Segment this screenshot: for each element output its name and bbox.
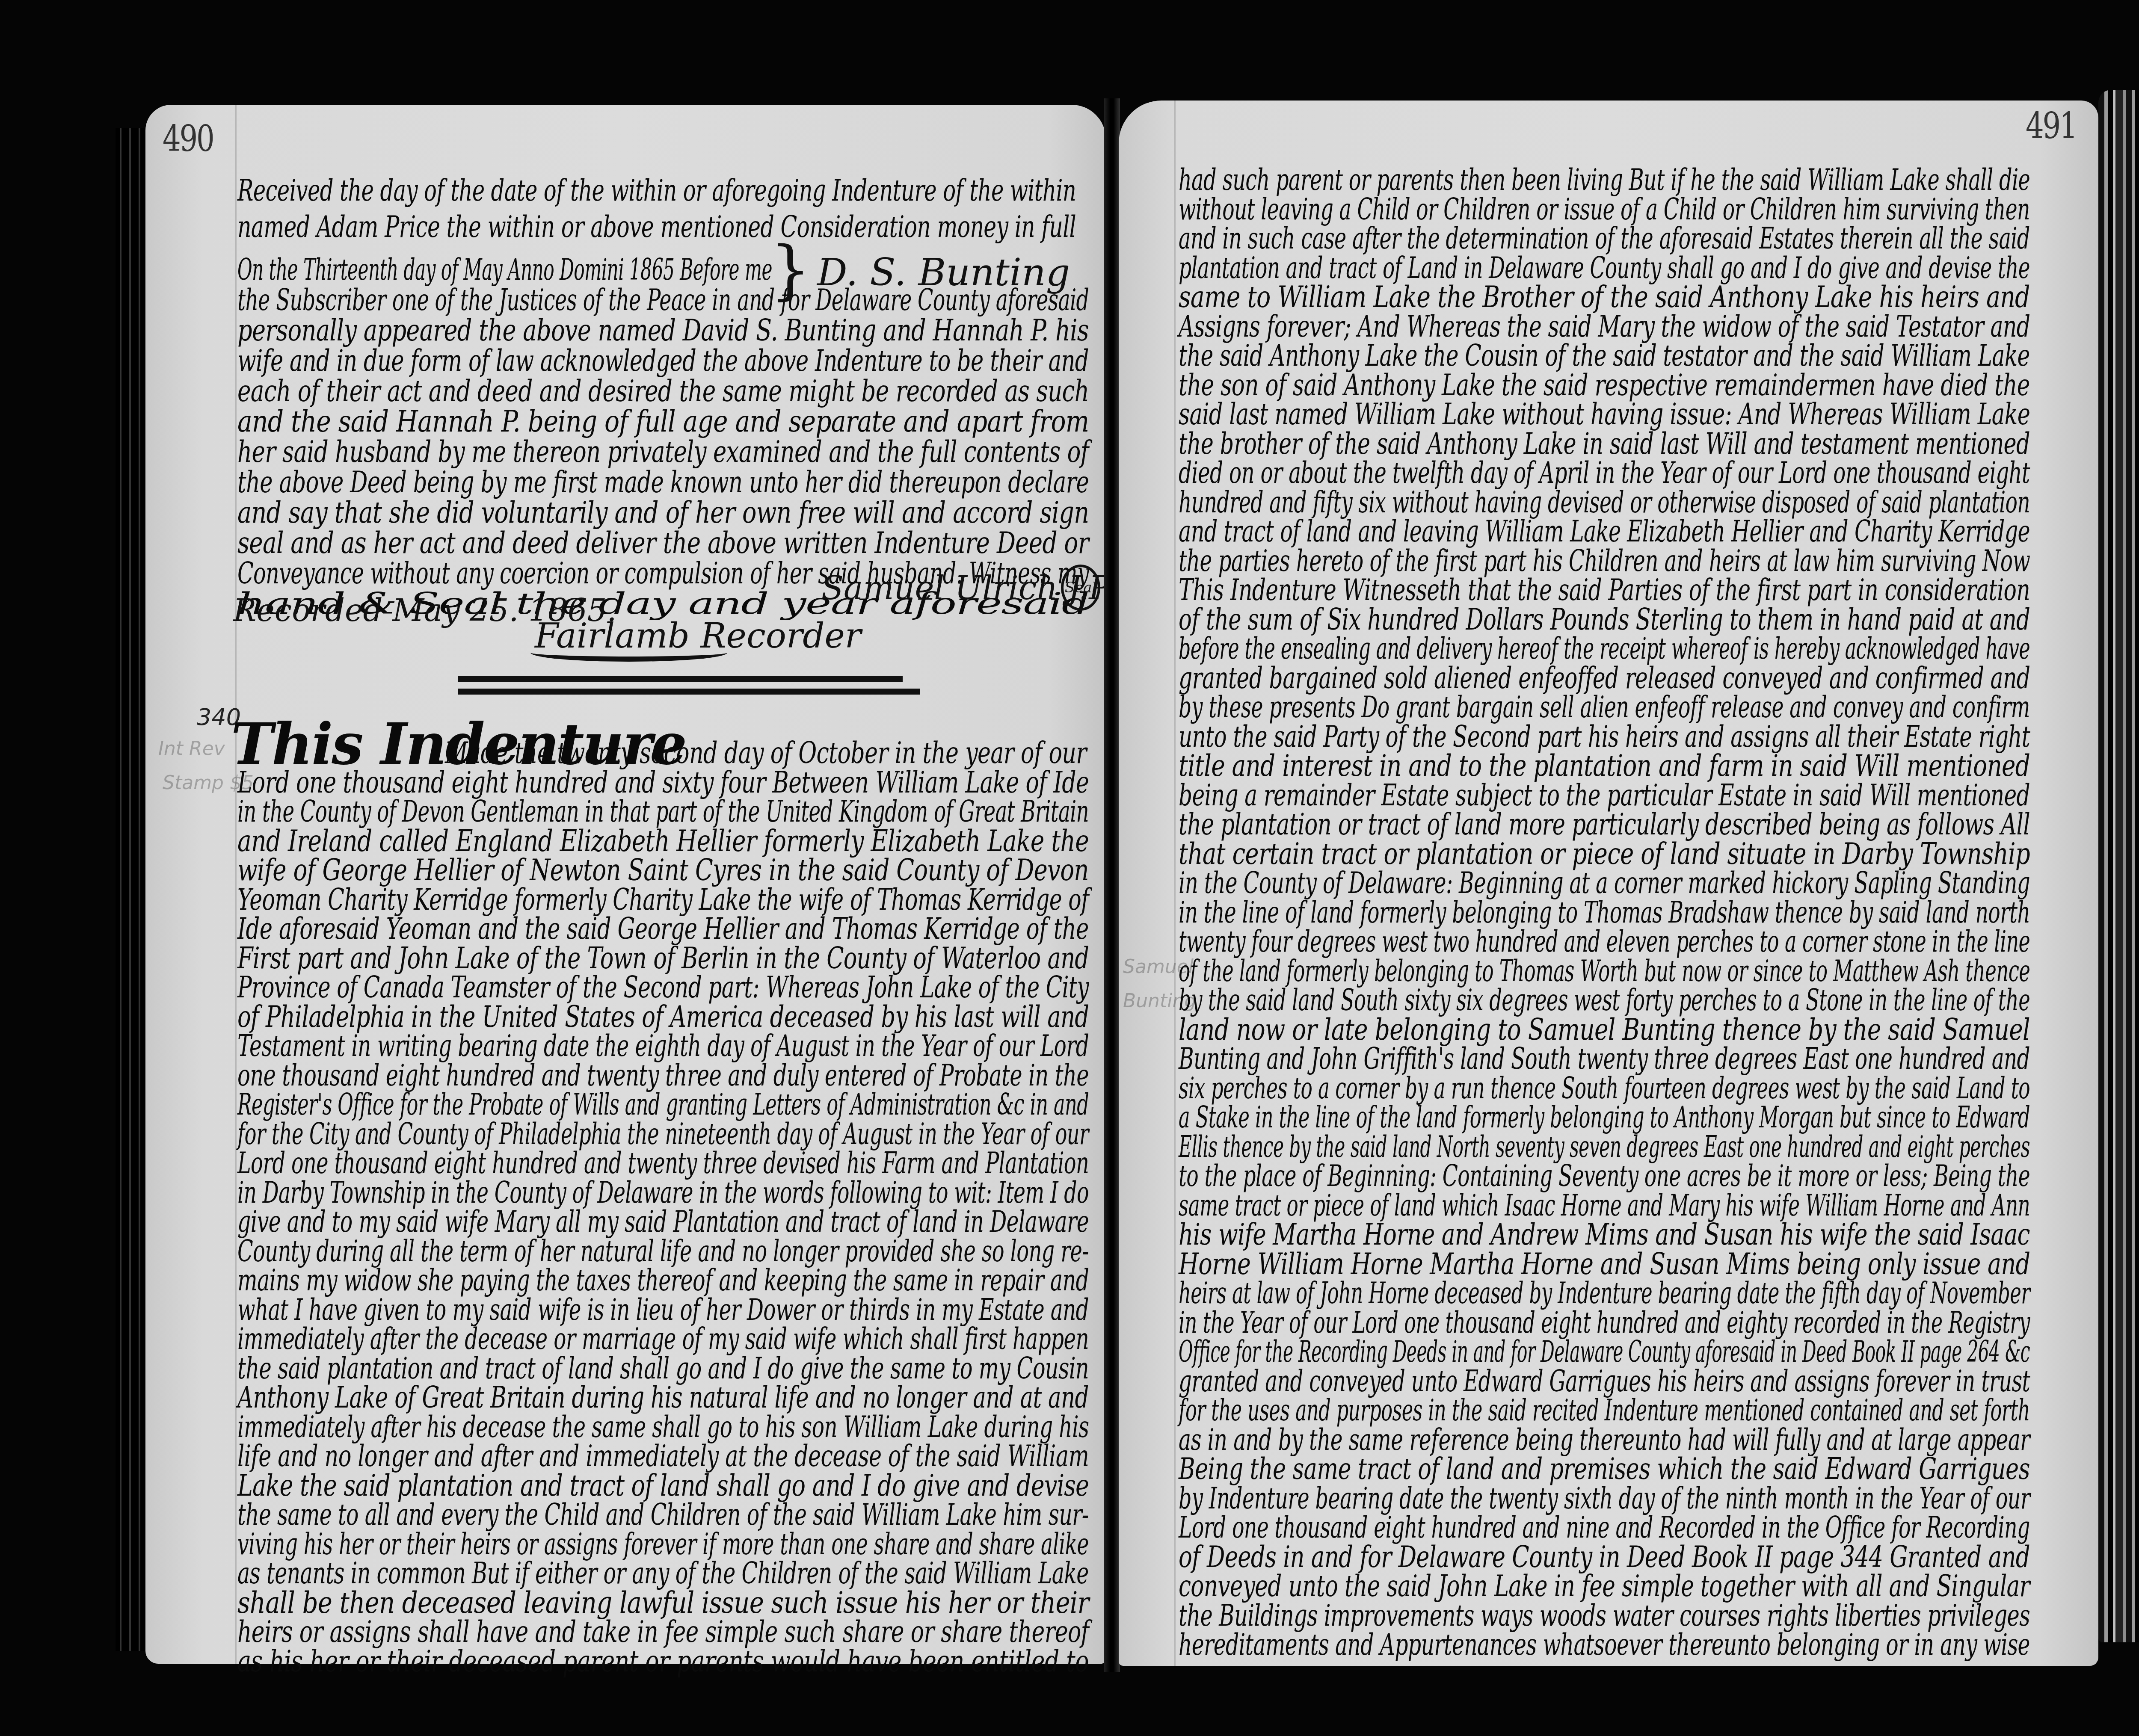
- text-line: Lord one thousand eight hundred and nine…: [1179, 1512, 2030, 1542]
- text-line: personally appeared the above named Davi…: [237, 315, 1089, 345]
- text-line: life and no longer and after and immedia…: [237, 1441, 1089, 1471]
- text-line: Office for the Recording Deeds in and fo…: [1179, 1337, 2030, 1366]
- text-line: the same to all and every the Child and …: [237, 1499, 1089, 1529]
- text-line: hundred and fifty six without having dev…: [1179, 487, 2030, 517]
- text-line: wife and in due form of law acknowledged…: [237, 346, 1089, 376]
- text-line: First part and John Lake of the Town of …: [237, 943, 1089, 973]
- text-line: that certain tract or plantation or piec…: [1179, 839, 2030, 869]
- text-line: mains my widow she paying the taxes ther…: [237, 1265, 1089, 1295]
- text-line: died on or about the twelfth day of Apri…: [1179, 458, 2030, 488]
- recorder-flourish: [530, 644, 727, 662]
- text-line: On the Thirteenth day of May Anno Domini…: [237, 254, 772, 284]
- text-line: Lord one thousand eight hundred and twen…: [237, 1148, 1089, 1178]
- text-line: as tenants in common But if either or an…: [237, 1558, 1089, 1588]
- text-line: give and to my said wife Mary all my sai…: [237, 1207, 1089, 1236]
- text-line: heirs at law of John Horne deceased by I…: [1179, 1278, 2030, 1308]
- text-line: without leaving a Child or Children or i…: [1179, 194, 2030, 224]
- text-line: of the sum of Six hundred Dollars Pounds…: [1179, 604, 2030, 634]
- text-line: Made the twenty second day of October in…: [445, 738, 1087, 768]
- right-page: 491 Samuel Bunting had such parent or pa…: [1119, 101, 2098, 1666]
- text-line: seal and as her act and deed deliver the…: [237, 528, 1089, 558]
- book-scan: 490 Received the day of the date of the …: [0, 0, 2139, 1736]
- text-line: Ellis thence by the said land North seve…: [1179, 1132, 2030, 1162]
- text-line: to the place of Beginning: Containing Se…: [1179, 1161, 2030, 1191]
- text-line: title and interest in and to the plantat…: [1179, 751, 2030, 781]
- text-line: what I have given to my said wife is in …: [237, 1295, 1089, 1325]
- left-margin-rule: [235, 105, 237, 1664]
- text-line: by the said land South sixty six degrees…: [1179, 985, 2030, 1015]
- page-number-left: 490: [163, 118, 213, 160]
- text-line: her said husband by me thereon privately…: [237, 437, 1089, 467]
- text-line: Horne William Horne Martha Horne and Sus…: [1179, 1249, 2030, 1279]
- text-line: as in and by the same reference being th…: [1179, 1425, 2030, 1455]
- text-line: same tract or piece of land which Isaac …: [1179, 1190, 2030, 1220]
- book-gutter: [1104, 98, 1120, 1672]
- text-line: each of their act and deed and desired t…: [237, 376, 1089, 406]
- text-line: of Deeds in and for Delaware County in D…: [1179, 1542, 2030, 1572]
- text-line: twenty four degrees west two hundred and…: [1179, 926, 2030, 956]
- text-line: and tract of land and leaving William La…: [1179, 516, 2030, 546]
- text-line: Province of Canada Teamster of the Secon…: [237, 972, 1089, 1002]
- text-line: unto the said Party of the Second part h…: [1179, 722, 2030, 751]
- text-line: hereditaments and Appurtenances whatsoev…: [1179, 1630, 2030, 1659]
- text-line: Yeoman Charity Kerridge formerly Charity…: [237, 884, 1089, 914]
- page-number-right: 491: [2026, 105, 2077, 147]
- text-line: of the land formerly belonging to Thomas…: [1179, 956, 2030, 986]
- text-line: Testament in writing bearing date the ei…: [237, 1031, 1089, 1061]
- text-line: the parties hereto of the first part his…: [1179, 546, 2030, 576]
- text-line: Lord one thousand eight hundred and sixt…: [237, 767, 1089, 797]
- right-margin-rule: [1174, 101, 1176, 1666]
- margin-faint-note-1: Int Rev: [158, 738, 225, 760]
- text-line: by Indenture bearing date the twenty six…: [1179, 1483, 2030, 1513]
- page-edges-stack: [2098, 90, 2139, 1642]
- bracket-signature: D. S. Bunting: [817, 250, 1070, 294]
- text-line: and Ireland called England Elizabeth Hel…: [237, 826, 1089, 856]
- seal-mark: Seal: [1061, 565, 1100, 611]
- text-line: immediately after the decease or marriag…: [237, 1324, 1089, 1354]
- text-line: a Stake in the line of the land formerly…: [1179, 1102, 2030, 1132]
- text-line: as his her or their deceased parent or p…: [237, 1646, 1089, 1676]
- text-line: six perches to a corner by a run thence …: [1179, 1073, 2030, 1103]
- text-line: Assigns forever; And Whereas the said Ma…: [1179, 311, 2030, 341]
- text-line: his wife Martha Horne and Andrew Mims an…: [1179, 1219, 2030, 1249]
- text-line: and say that she did voluntarily and of …: [237, 497, 1089, 527]
- text-line: Received the day of the date of the with…: [237, 175, 1076, 205]
- text-line: in the County of Devon Gentleman in that…: [237, 796, 1089, 826]
- left-page: 490 Received the day of the date of the …: [145, 105, 1106, 1664]
- text-line: one thousand eight hundred and twenty th…: [237, 1060, 1089, 1090]
- text-line: viving his her or their heirs or assigns…: [237, 1529, 1089, 1559]
- text-line: Being the same tract of land and premise…: [1179, 1454, 2030, 1484]
- text-line: in the Year of our Lord one thousand eig…: [1179, 1307, 2030, 1337]
- text-line: said last named William Lake without hav…: [1179, 399, 2030, 429]
- text-line: Anthony Lake of Great Britain during his…: [237, 1382, 1089, 1412]
- text-line: Bunting and John Griffith's land South t…: [1179, 1044, 2030, 1074]
- section-divider-bottom: [458, 689, 920, 701]
- text-line: land now or late belonging to Samuel Bun…: [1179, 1014, 2030, 1044]
- text-line: County during all the term of her natura…: [237, 1236, 1089, 1266]
- text-line: shall be then deceased leaving lawful is…: [237, 1588, 1089, 1618]
- text-line: named Adam Price the within or above men…: [237, 212, 1076, 242]
- text-line: plantation and tract of Land in Delaware…: [1179, 253, 2030, 283]
- text-line: same to William Lake the Brother of the …: [1179, 282, 2030, 312]
- text-line: the above Deed being by me first made kn…: [237, 467, 1089, 497]
- text-line: This Indenture Witnesseth that the said …: [1179, 575, 2030, 605]
- bracket: }: [770, 233, 811, 308]
- text-line: the said plantation and tract of land sh…: [237, 1353, 1089, 1383]
- text-line: and the said Hannah P. being of full age…: [237, 406, 1089, 436]
- text-line: immediately after his decease the same s…: [237, 1412, 1089, 1442]
- text-line: the Buildings improvements ways woods wa…: [1179, 1600, 2030, 1630]
- text-line: granted bargained sold aliened enfeoffed…: [1179, 663, 2030, 693]
- text-line: wife of George Hellier of Newton Saint C…: [237, 855, 1089, 885]
- text-line: being a remainder Estate subject to the …: [1179, 780, 2030, 810]
- text-line: by these presents Do grant bargain sell …: [1179, 692, 2030, 722]
- text-line: in Darby Township in the County of Delaw…: [237, 1177, 1089, 1207]
- text-line: in the line of land formerly belonging t…: [1179, 897, 2030, 927]
- text-line: the plantation or tract of land more par…: [1179, 809, 2030, 839]
- text-line: had such parent or parents then been liv…: [1179, 165, 2030, 195]
- text-line: and in such case after the determination…: [1179, 223, 2030, 253]
- text-line: conveyed unto the said John Lake in fee …: [1179, 1571, 2030, 1601]
- text-line: of Philadelphia in the United States of …: [237, 1002, 1089, 1032]
- section-divider-top: [458, 676, 903, 688]
- text-line: Lake the said plantation and tract of la…: [237, 1470, 1089, 1500]
- text-line: for the uses and purposes in the said re…: [1179, 1395, 2030, 1425]
- left-page-edges: [116, 128, 150, 1651]
- text-line: in the County of Delaware: Beginning at …: [1179, 868, 2030, 898]
- text-line: Register's Office for the Probate of Wil…: [237, 1089, 1089, 1119]
- text-line: Ide aforesaid Yeoman and the said George…: [237, 914, 1089, 943]
- text-line: granted and conveyed unto Edward Garrigu…: [1179, 1366, 2030, 1396]
- text-line: the brother of the said Anthony Lake in …: [1179, 429, 2030, 458]
- text-line: the son of said Anthony Lake the said re…: [1179, 370, 2030, 400]
- text-line: the said Anthony Lake the Cousin of the …: [1179, 340, 2030, 370]
- text-line: for the City and County of Philadelphia …: [237, 1119, 1089, 1149]
- text-line: before the ensealing and delivery hereof…: [1179, 633, 2030, 663]
- text-line: heirs or assigns shall have and take in …: [237, 1617, 1089, 1647]
